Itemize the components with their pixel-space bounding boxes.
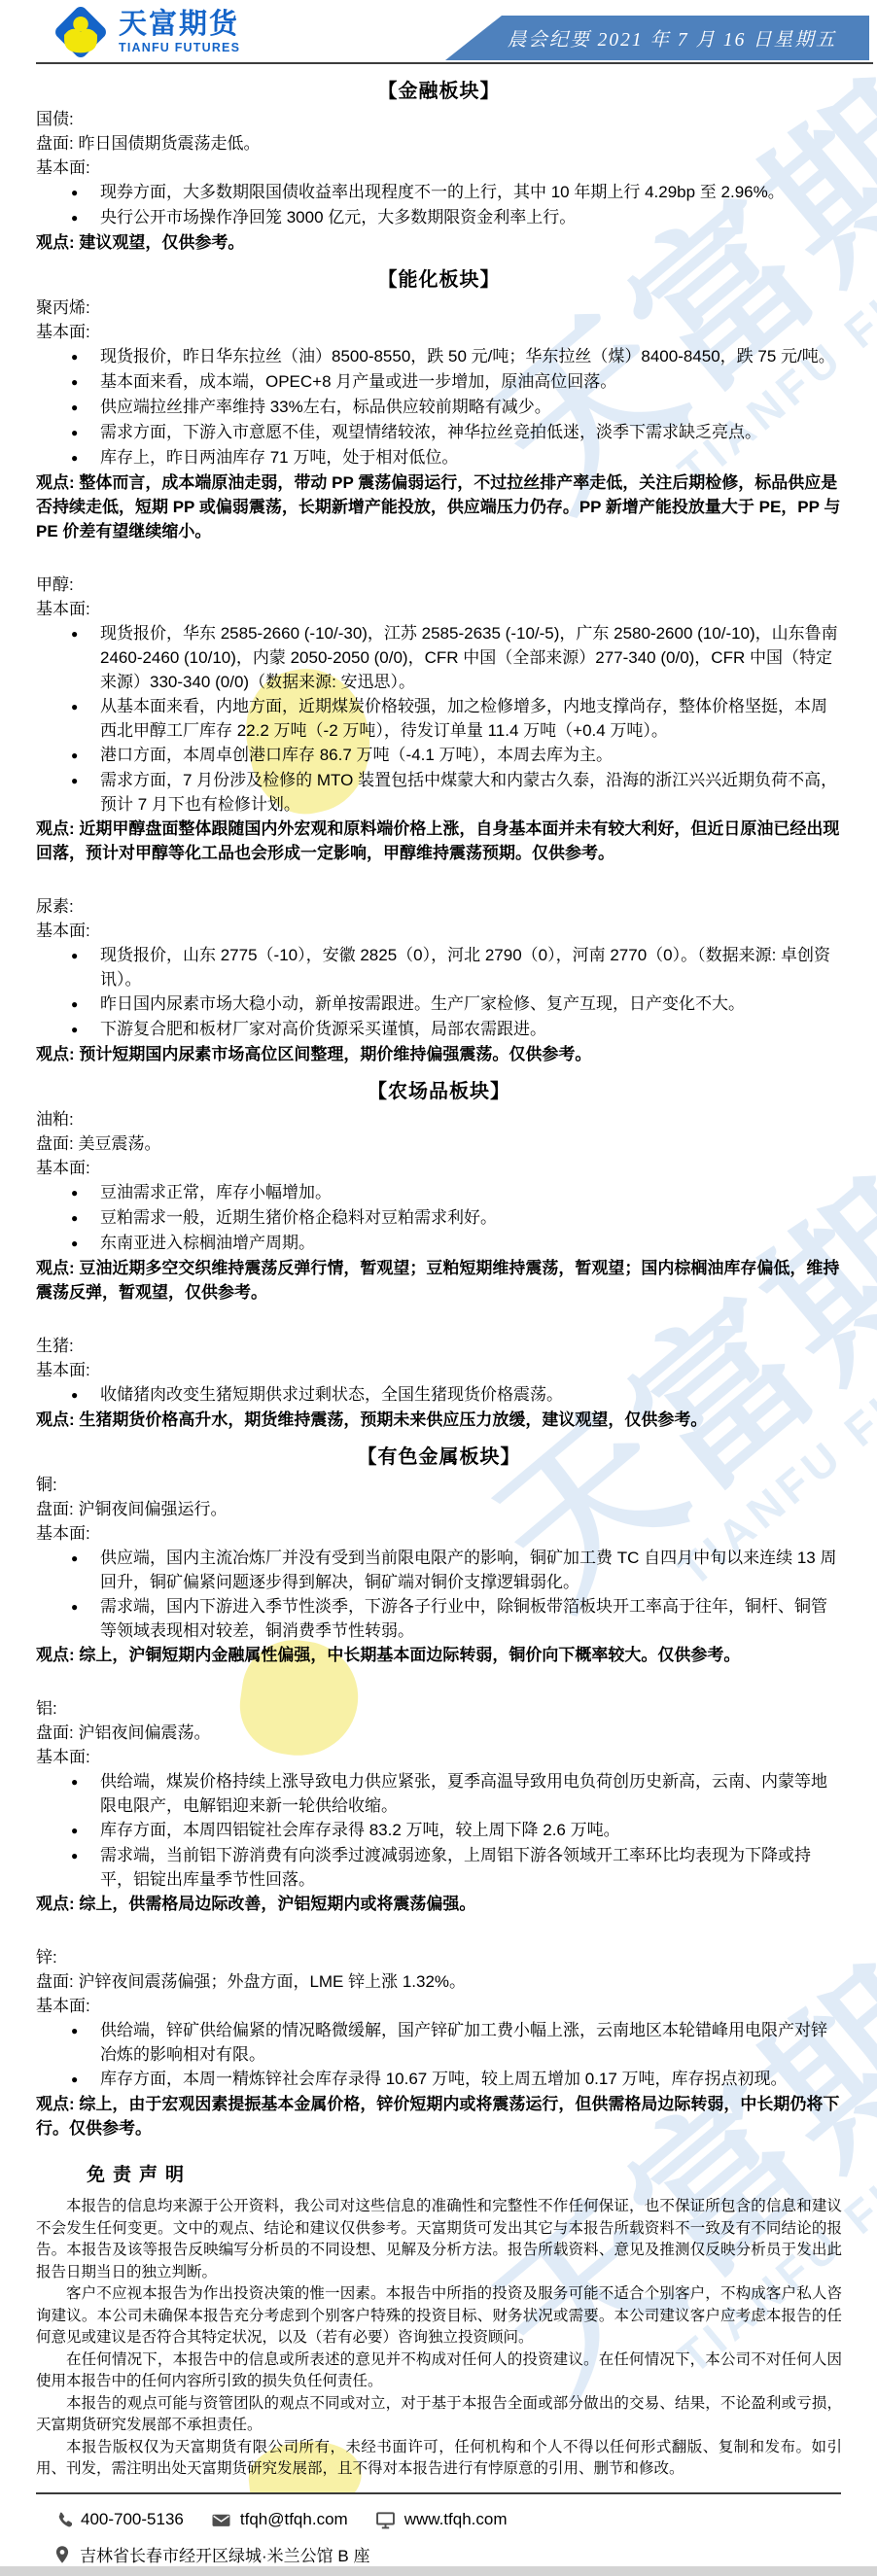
bullet-text: 基本面来看，成本端，OPEC+8 月产量或进一步增加，原油高位回落。 <box>100 369 842 395</box>
commodity-name: 油粕: <box>36 1107 842 1131</box>
bullet-text: 需求方面，7 月份涉及检修的 MTO 装置包括中煤蒙大和内蒙古久泰，沿海的浙江兴… <box>100 768 842 817</box>
bullet-item: 供应端，国内主流冶炼厂并没有受到当前限电限产的影响，铜矿加工费 TC 自四月中旬… <box>36 1546 842 1594</box>
text-line: 基本面: <box>36 1994 842 2018</box>
bullet-item: 豆油需求正常，库存小幅增加。 <box>36 1180 842 1205</box>
website-contact: www.tfqh.com <box>375 2510 508 2529</box>
bullet-item: 现货报价，昨日华东拉丝（油）8500-8550，跌 50 元/吨；华东拉丝（煤）… <box>36 344 842 369</box>
bullet-text: 供给端，煤炭价格持续上涨导致电力供应紧张，夏季高温导致用电负荷创历史新高，云南、… <box>100 1769 842 1818</box>
commodity-name: 尿素: <box>36 894 842 919</box>
page-footer: 400-700-5136 tfqh@tfqh.com www.tfqh.com <box>0 2492 877 2576</box>
commodity-name: 甲醇: <box>36 573 842 597</box>
bottom-strip <box>0 2566 877 2576</box>
disclaimer-paragraph: 客户不应视本报告为作出投资决策的惟一因素。本报告中所指的投资及服务可能不适合个别… <box>36 2283 842 2350</box>
bullet-item: 昨日国内尿素市场大稳小动，新单按需跟进。生产厂家检修、复产互现，日产变化不大。 <box>36 992 842 1017</box>
opinion-line: 观点: 综上，供需格局边际改善，沪铝短期内或将震荡偏强。 <box>36 1892 842 1916</box>
text-line: 盘面: 昨日国债期货震荡走低。 <box>36 131 842 156</box>
banner-title: 晨会纪要 2021 年 7 月 16 日星期五 <box>478 24 837 52</box>
section-title: 【有色金属板块】 <box>36 1441 842 1469</box>
bullet-item: 收储猪肉改变生猪短期供求过剩状态，全国生猪现货价格震荡。 <box>36 1382 842 1408</box>
commodity-block: 铜:盘面: 沪铜夜间偏强运行。基本面:供应端，国内主流冶炼厂并没有受到当前限电限… <box>36 1473 842 1667</box>
logo-text: 天富期货 TIANFU FUTURES <box>119 11 240 54</box>
commodity-block: 油粕:盘面: 美豆震荡。基本面:豆油需求正常，库存小幅增加。豆粕需求一般，近期生… <box>36 1107 842 1305</box>
bullet-item: 库存方面，本周一精炼锌社会库存录得 10.67 万吨，较上周五增加 0.17 万… <box>36 2067 842 2092</box>
text-line: 盘面: 沪铝夜间偏震荡。 <box>36 1721 842 1745</box>
text-line: 基本面: <box>36 1745 842 1769</box>
commodity-name: 锌: <box>36 1945 842 1969</box>
bullet-text: 昨日国内尿素市场大稳小动，新单按需跟进。生产厂家检修、复产互现，日产变化不大。 <box>100 992 842 1017</box>
disclaimer-title: 免责声明 <box>87 2160 842 2186</box>
text-line: 基本面: <box>36 919 842 943</box>
bullet-text: 库存方面，本周一精炼锌社会库存录得 10.67 万吨，较上周五增加 0.17 万… <box>100 2067 842 2092</box>
commodity-block: 聚丙烯:基本面:现货报价，昨日华东拉丝（油）8500-8550，跌 50 元/吨… <box>36 296 842 543</box>
bullet-text: 下游复合肥和板材厂家对高价货源采买谨慎，局部农需跟进。 <box>100 1017 842 1042</box>
disclaimer-section: 免责声明 本报告的信息均来源于公开资料，我公司对这些信息的准确性和完整性不作任何… <box>0 2160 877 2481</box>
website-url: www.tfqh.com <box>404 2510 508 2529</box>
email-contact: tfqh@tfqh.com <box>211 2510 348 2529</box>
company-logo: 天富期货 TIANFU FUTURES <box>51 2 240 62</box>
address-row: 吉林省长春市经开区绿城·米兰公馆 B 座 <box>53 2542 877 2566</box>
bullet-text: 现货报价，华东 2585-2660 (-10/-30)，江苏 2585-2635… <box>100 621 842 694</box>
bullet-item: 东南亚进入棕榈油增产周期。 <box>36 1231 842 1256</box>
bullet-text: 现货报价，山东 2775（-10），安徽 2825（0），河北 2790（0），… <box>100 943 842 992</box>
bullet-item: 需求端，国内下游进入季节性淡季，下游各子行业中，除铜板带箔板块开工率高于往年，铜… <box>36 1594 842 1643</box>
page-header: 天富期货 TIANFU FUTURES 晨会纪要 2021 年 7 月 16 日… <box>0 0 877 66</box>
text-line: 基本面: <box>36 1156 842 1180</box>
bullet-item: 需求端，当前铝下游消费有向淡季过渡减弱迹象，上周铝下游各领域开工率环比均表现为下… <box>36 1843 842 1892</box>
address-text: 吉林省长春市经开区绿城·米兰公馆 B 座 <box>80 2542 369 2566</box>
bullet-text: 供应端拉丝排产率维持 33%左右，标品供应较前期略有减少。 <box>100 395 842 420</box>
report-body: 【金融板块】国债:盘面: 昨日国债期货震荡走低。基本面:现券方面，大多数期限国债… <box>0 75 877 2141</box>
bullet-item: 现货报价，山东 2775（-10），安徽 2825（0），河北 2790（0），… <box>36 943 842 992</box>
disclaimer-paragraphs: 本报告的信息均来源于公开资料，我公司对这些信息的准确性和完整性不作任何保证，也不… <box>36 2196 842 2481</box>
opinion-line: 观点: 综上，沪铜短期内金融属性偏强，中长期基本面边际转弱，铜价向下概率较大。仅… <box>36 1643 842 1667</box>
bullet-item: 现券方面，大多数期限国债收益率出现程度不一的上行，其中 10 年期上行 4.29… <box>36 180 842 205</box>
email-icon <box>211 2511 231 2529</box>
logo-diamond-icon <box>51 2 111 62</box>
bullet-text: 港口方面，本周卓创港口库存 86.7 万吨（-4.1 万吨），本周去库为主。 <box>100 743 842 768</box>
opinion-line: 观点: 生猪期货价格高升水，期货维持震荡，预期未来供应压力放缓，建议观望，仅供参… <box>36 1408 842 1432</box>
commodity-block: 生猪:基本面:收储猪肉改变生猪短期供求过剩状态，全国生猪现货价格震荡。观点: 生… <box>36 1334 842 1432</box>
phone-contact: 400-700-5136 <box>53 2510 184 2529</box>
disclaimer-paragraph: 本报告的观点可能与资管团队的观点不同或对立，对于基于本报告全面或部分做出的交易、… <box>36 2393 842 2437</box>
bullet-item: 供给端，锌矿供给偏紧的情况略微缓解，国产锌矿加工费小幅上涨，云南地区本轮错峰用电… <box>36 2018 842 2067</box>
commodity-name: 聚丙烯: <box>36 296 842 320</box>
bullet-item: 供给端，煤炭价格持续上涨导致电力供应紧张，夏季高温导致用电负荷创历史新高，云南、… <box>36 1769 842 1818</box>
commodity-block: 国债:盘面: 昨日国债期货震荡走低。基本面:现券方面，大多数期限国债收益率出现程… <box>36 107 842 255</box>
bullet-item: 需求方面，7 月份涉及检修的 MTO 装置包括中煤蒙大和内蒙古久泰，沿海的浙江兴… <box>36 768 842 817</box>
text-line: 基本面: <box>36 1521 842 1546</box>
commodity-block: 锌:盘面: 沪锌夜间震荡偏强；外盘方面，LME 锌上涨 1.32%。基本面:供给… <box>36 1945 842 2141</box>
bullet-item: 需求方面，下游入市意愿不佳，观望情绪较浓，神华拉丝竞拍低迷，淡季下需求缺乏亮点。 <box>36 420 842 445</box>
text-line: 盘面: 沪铜夜间偏强运行。 <box>36 1497 842 1521</box>
commodity-name: 国债: <box>36 107 842 131</box>
bullet-item: 从基本面来看，内地方面，近期煤炭价格较强，加之检修增多，内地支撑尚存，整体价格坚… <box>36 694 842 743</box>
bullet-text: 央行公开市场操作净回笼 3000 亿元，大多数期限资金利率上行。 <box>100 205 842 230</box>
bullet-item: 豆粕需求一般，近期生猪价格企稳料对豆粕需求利好。 <box>36 1205 842 1231</box>
bullet-item: 港口方面，本周卓创港口库存 86.7 万吨（-4.1 万吨），本周去库为主。 <box>36 743 842 768</box>
opinion-line: 观点: 建议观望，仅供参考。 <box>36 230 842 255</box>
website-icon <box>375 2511 396 2529</box>
opinion-line: 观点: 近期甲醇盘面整体跟随国内外宏观和原料端价格上涨，自身基本面并未有较大利好… <box>36 817 842 865</box>
bullet-item: 央行公开市场操作净回笼 3000 亿元，大多数期限资金利率上行。 <box>36 205 842 230</box>
bullet-text: 豆油需求正常，库存小幅增加。 <box>100 1180 842 1205</box>
commodity-block: 甲醇:基本面:现货报价，华东 2585-2660 (-10/-30)，江苏 25… <box>36 573 842 865</box>
text-line: 基本面: <box>36 597 842 621</box>
meeting-banner: 晨会纪要 2021 年 7 月 16 日星期五 <box>445 16 869 60</box>
bullet-text: 豆粕需求一般，近期生猪价格企稳料对豆粕需求利好。 <box>100 1205 842 1231</box>
section-title: 【能化板块】 <box>36 263 842 292</box>
header-divider <box>36 62 873 64</box>
commodity-block: 尿素:基本面:现货报价，山东 2775（-10），安徽 2825（0），河北 2… <box>36 894 842 1066</box>
text-line: 基本面: <box>36 1358 842 1382</box>
bullet-text: 库存方面，本周四铝锭社会库存录得 83.2 万吨，较上周下降 2.6 万吨。 <box>100 1818 842 1843</box>
contact-row: 400-700-5136 tfqh@tfqh.com www.tfqh.com <box>53 2510 877 2529</box>
phone-number: 400-700-5136 <box>81 2510 184 2529</box>
report-page: 天富期货 TIANFU FUTURES 天富期货 TIANFU FUTURES … <box>0 0 877 2576</box>
location-icon <box>53 2545 71 2564</box>
commodity-name: 铜: <box>36 1473 842 1497</box>
text-line: 基本面: <box>36 156 842 180</box>
bullet-item: 下游复合肥和板材厂家对高价货源采买谨慎，局部农需跟进。 <box>36 1017 842 1042</box>
bullet-text: 库存上，昨日两油库存 71 万吨，处于相对低位。 <box>100 445 842 470</box>
text-line: 基本面: <box>36 320 842 344</box>
phone-icon <box>53 2511 72 2529</box>
disclaimer-paragraph: 本报告版权仅为天富期货有限公司所有，未经书面许可，任何机构和个人不得以任何形式翻… <box>36 2437 842 2481</box>
bullet-text: 供给端，锌矿供给偏紧的情况略微缓解，国产锌矿加工费小幅上涨，云南地区本轮错峰用电… <box>100 2018 842 2067</box>
bullet-text: 需求端，当前铝下游消费有向淡季过渡减弱迹象，上周铝下游各领域开工率环比均表现为下… <box>100 1843 842 1892</box>
opinion-line: 观点: 综上，由于宏观因素提振基本金属价格，锌价短期内或将震荡运行，但供需格局边… <box>36 2092 842 2141</box>
address-contact: 吉林省长春市经开区绿城·米兰公馆 B 座 <box>53 2542 369 2566</box>
bullet-item: 基本面来看，成本端，OPEC+8 月产量或进一步增加，原油高位回落。 <box>36 369 842 395</box>
bullet-text: 从基本面来看，内地方面，近期煤炭价格较强，加之检修增多，内地支撑尚存，整体价格坚… <box>100 694 842 743</box>
bullet-item: 库存方面，本周四铝锭社会库存录得 83.2 万吨，较上周下降 2.6 万吨。 <box>36 1818 842 1843</box>
bullet-text: 现货报价，昨日华东拉丝（油）8500-8550，跌 50 元/吨；华东拉丝（煤）… <box>100 344 842 369</box>
section-title: 【农场品板块】 <box>36 1075 842 1103</box>
text-line: 盘面: 美豆震荡。 <box>36 1131 842 1156</box>
opinion-line: 观点: 豆油近期多空交织维持震荡反弹行情，暂观望；豆粕短期维持震荡，暂观望；国内… <box>36 1256 842 1305</box>
bullet-text: 需求方面，下游入市意愿不佳，观望情绪较浓，神华拉丝竞拍低迷，淡季下需求缺乏亮点。 <box>100 420 842 445</box>
logo-name-cn: 天富期货 <box>119 11 240 39</box>
opinion-line: 观点: 整体而言，成本端原油走弱，带动 PP 震荡偏弱运行，不过拉丝排产率走低，… <box>36 470 842 543</box>
email-address: tfqh@tfqh.com <box>240 2510 348 2529</box>
commodity-block: 铝:盘面: 沪铝夜间偏震荡。基本面:供给端，煤炭价格持续上涨导致电力供应紧张，夏… <box>36 1696 842 1916</box>
bullet-text: 现券方面，大多数期限国债收益率出现程度不一的上行，其中 10 年期上行 4.29… <box>100 180 842 205</box>
disclaimer-paragraph: 在任何情况下，本报告中的信息或所表述的意见并不构成对任何人的投资建议。在任何情况… <box>36 2350 842 2393</box>
opinion-line: 观点: 预计短期国内尿素市场高位区间整理，期价维持偏强震荡。仅供参考。 <box>36 1042 842 1066</box>
bullet-item: 现货报价，华东 2585-2660 (-10/-30)，江苏 2585-2635… <box>36 621 842 694</box>
bullet-text: 供应端，国内主流冶炼厂并没有受到当前限电限产的影响，铜矿加工费 TC 自四月中旬… <box>100 1546 842 1594</box>
section-title: 【金融板块】 <box>36 75 842 103</box>
bullet-text: 收储猪肉改变生猪短期供求过剩状态，全国生猪现货价格震荡。 <box>100 1382 842 1408</box>
bullet-text: 需求端，国内下游进入季节性淡季，下游各子行业中，除铜板带箔板块开工率高于往年，铜… <box>100 1594 842 1643</box>
bullet-item: 库存上，昨日两油库存 71 万吨，处于相对低位。 <box>36 445 842 470</box>
bullet-text: 东南亚进入棕榈油增产周期。 <box>100 1231 842 1256</box>
bullet-item: 供应端拉丝排产率维持 33%左右，标品供应较前期略有减少。 <box>36 395 842 420</box>
commodity-name: 生猪: <box>36 1334 842 1358</box>
footer-divider <box>36 2492 841 2494</box>
disclaimer-paragraph: 本报告的信息均来源于公开资料，我公司对这些信息的准确性和完整性不作任何保证，也不… <box>36 2196 842 2283</box>
text-line: 盘面: 沪锌夜间震荡偏强；外盘方面，LME 锌上涨 1.32%。 <box>36 1969 842 1994</box>
logo-name-en: TIANFU FUTURES <box>119 42 240 54</box>
commodity-name: 铝: <box>36 1696 842 1721</box>
